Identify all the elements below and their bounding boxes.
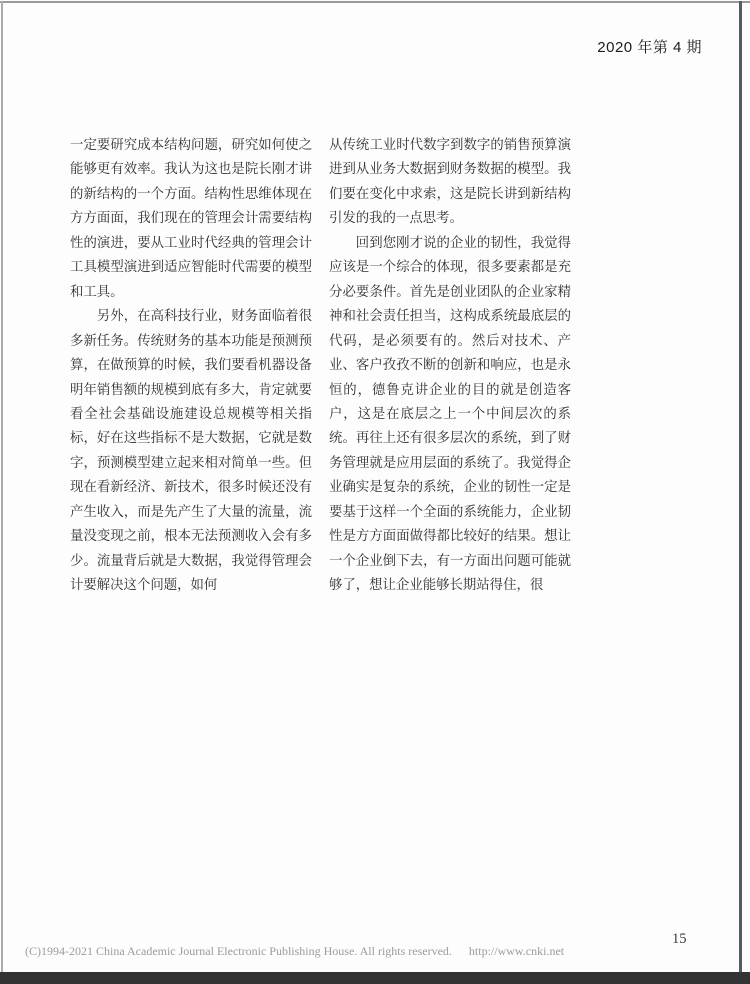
text-column-right: 从传统工业时代数字到数字的销售预算演进到从业务大数据到财务数据的模型。我们要在变… — [329, 133, 571, 598]
scan-edge-left — [1, 1, 3, 976]
copyright-text: (C)1994-2021 China Academic Journal Elec… — [25, 944, 452, 958]
paragraph: 回到您刚才说的企业的韧性，我觉得应该是一个综合的体现，很多要素都是充分必要条件。… — [329, 231, 571, 598]
copyright-footer: (C)1994-2021 China Academic Journal Elec… — [25, 944, 564, 959]
paragraph-continuation: 一定要研究成本结构问题，研究如何使之能够更有效率。我认为这也是院长刚才讲的新结构… — [70, 133, 312, 304]
scan-edge-top — [0, 1, 750, 3]
journal-page: 2020 年第 4 期 一定要研究成本结构问题，研究如何使之能够更有效率。我认为… — [0, 0, 750, 984]
page-number: 15 — [672, 931, 687, 948]
journal-issue-label: 2020 年第 4 期 — [560, 36, 702, 57]
paragraph: 另外，在高科技行业，财务面临着很多新任务。传统财务的基本功能是预测预算，在做预算… — [70, 304, 312, 597]
text-column-left: 一定要研究成本结构问题，研究如何使之能够更有效率。我认为这也是院长刚才讲的新结构… — [70, 133, 312, 598]
paragraph-continuation: 从传统工业时代数字到数字的销售预算演进到从业务大数据到财务数据的模型。我们要在变… — [329, 133, 571, 231]
scan-edge-right — [739, 1, 742, 976]
scan-edge-bottom-bar — [0, 972, 750, 984]
cnki-url: http://www.cnki.net — [469, 944, 564, 958]
